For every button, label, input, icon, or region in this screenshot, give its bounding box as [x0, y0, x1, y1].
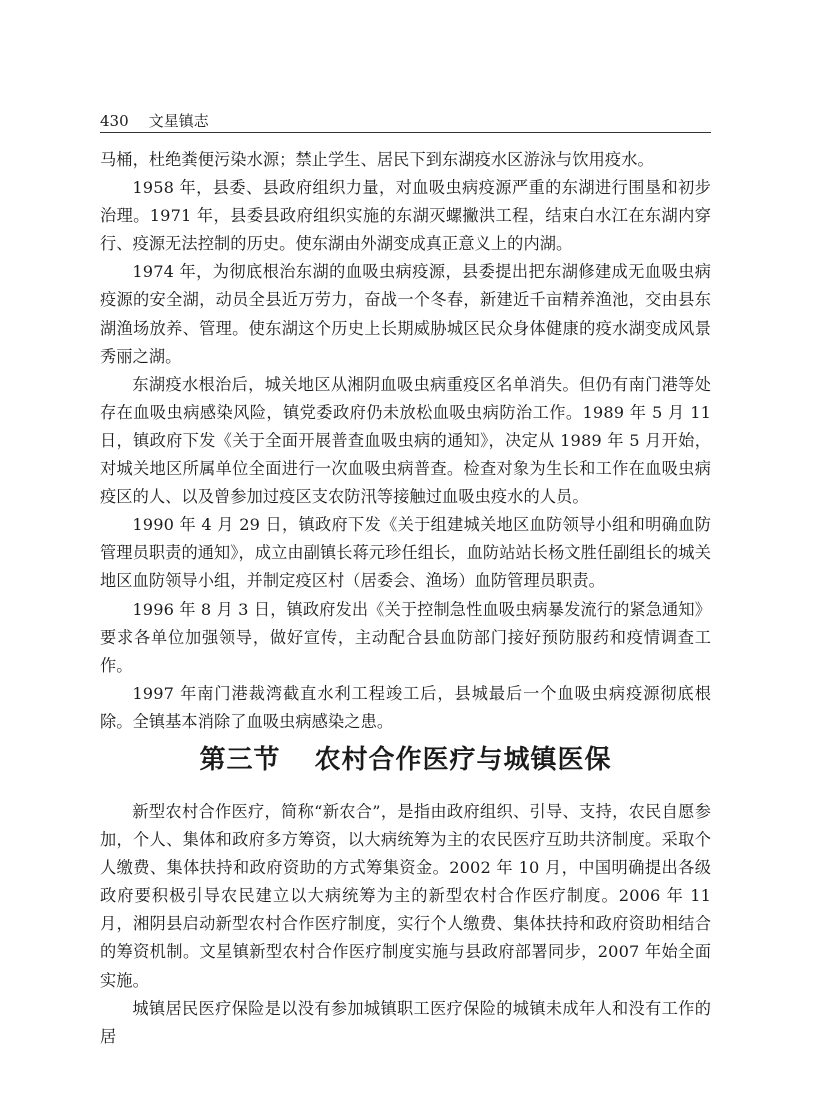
paragraph: 1958 年，县委、县政府组织力量，对血吸虫病疫源严重的东湖进行围垦和初步治理。…: [100, 174, 711, 258]
section-title-text: 农村合作医疗与城镇医保: [315, 745, 612, 775]
running-header: 430 文星镇志: [100, 112, 711, 133]
paragraph: 新型农村合作医疗，简称“新农合”，是指由政府组织、引导、支持，农民自愿参加，个人…: [100, 798, 711, 995]
paragraph: 东湖疫水根治后，城关地区从湘阴血吸虫病重疫区名单消失。但仍有南门港等处存在血吸虫…: [100, 371, 711, 511]
body-text: 马桶，杜绝粪便污染水源；禁止学生、居民下到东湖疫水区游泳与饮用疫水。 1958 …: [100, 146, 711, 736]
book-title: 文星镇志: [149, 112, 209, 130]
section-heading: 第三节农村合作医疗与城镇医保: [100, 740, 711, 780]
section-body-text: 新型农村合作医疗，简称“新农合”，是指由政府组织、引导、支持，农民自愿参加，个人…: [100, 798, 711, 1051]
paragraph: 1990 年 4 月 29 日，镇政府下发《关于组建城关地区血防领导小组和明确血…: [100, 511, 711, 595]
page-number: 430: [100, 112, 144, 130]
paragraph: 城镇居民医疗保险是以没有参加城镇职工医疗保险的城镇未成年人和没有工作的居: [100, 995, 711, 1051]
paragraph: 1997 年南门港裁湾截直水利工程竣工后，县城最后一个血吸虫病疫源彻底根除。全镇…: [100, 680, 711, 736]
paragraph: 马桶，杜绝粪便污染水源；禁止学生、居民下到东湖疫水区游泳与饮用疫水。: [100, 146, 711, 174]
paragraph: 1974 年，为彻底根治东湖的血吸虫病疫源，县委提出把东湖修建成无血吸虫病疫源的…: [100, 258, 711, 370]
section-number: 第三节: [199, 745, 280, 775]
paragraph: 1996 年 8 月 3 日，镇政府发出《关于控制急性血吸虫病暴发流行的紧急通知…: [100, 596, 711, 680]
